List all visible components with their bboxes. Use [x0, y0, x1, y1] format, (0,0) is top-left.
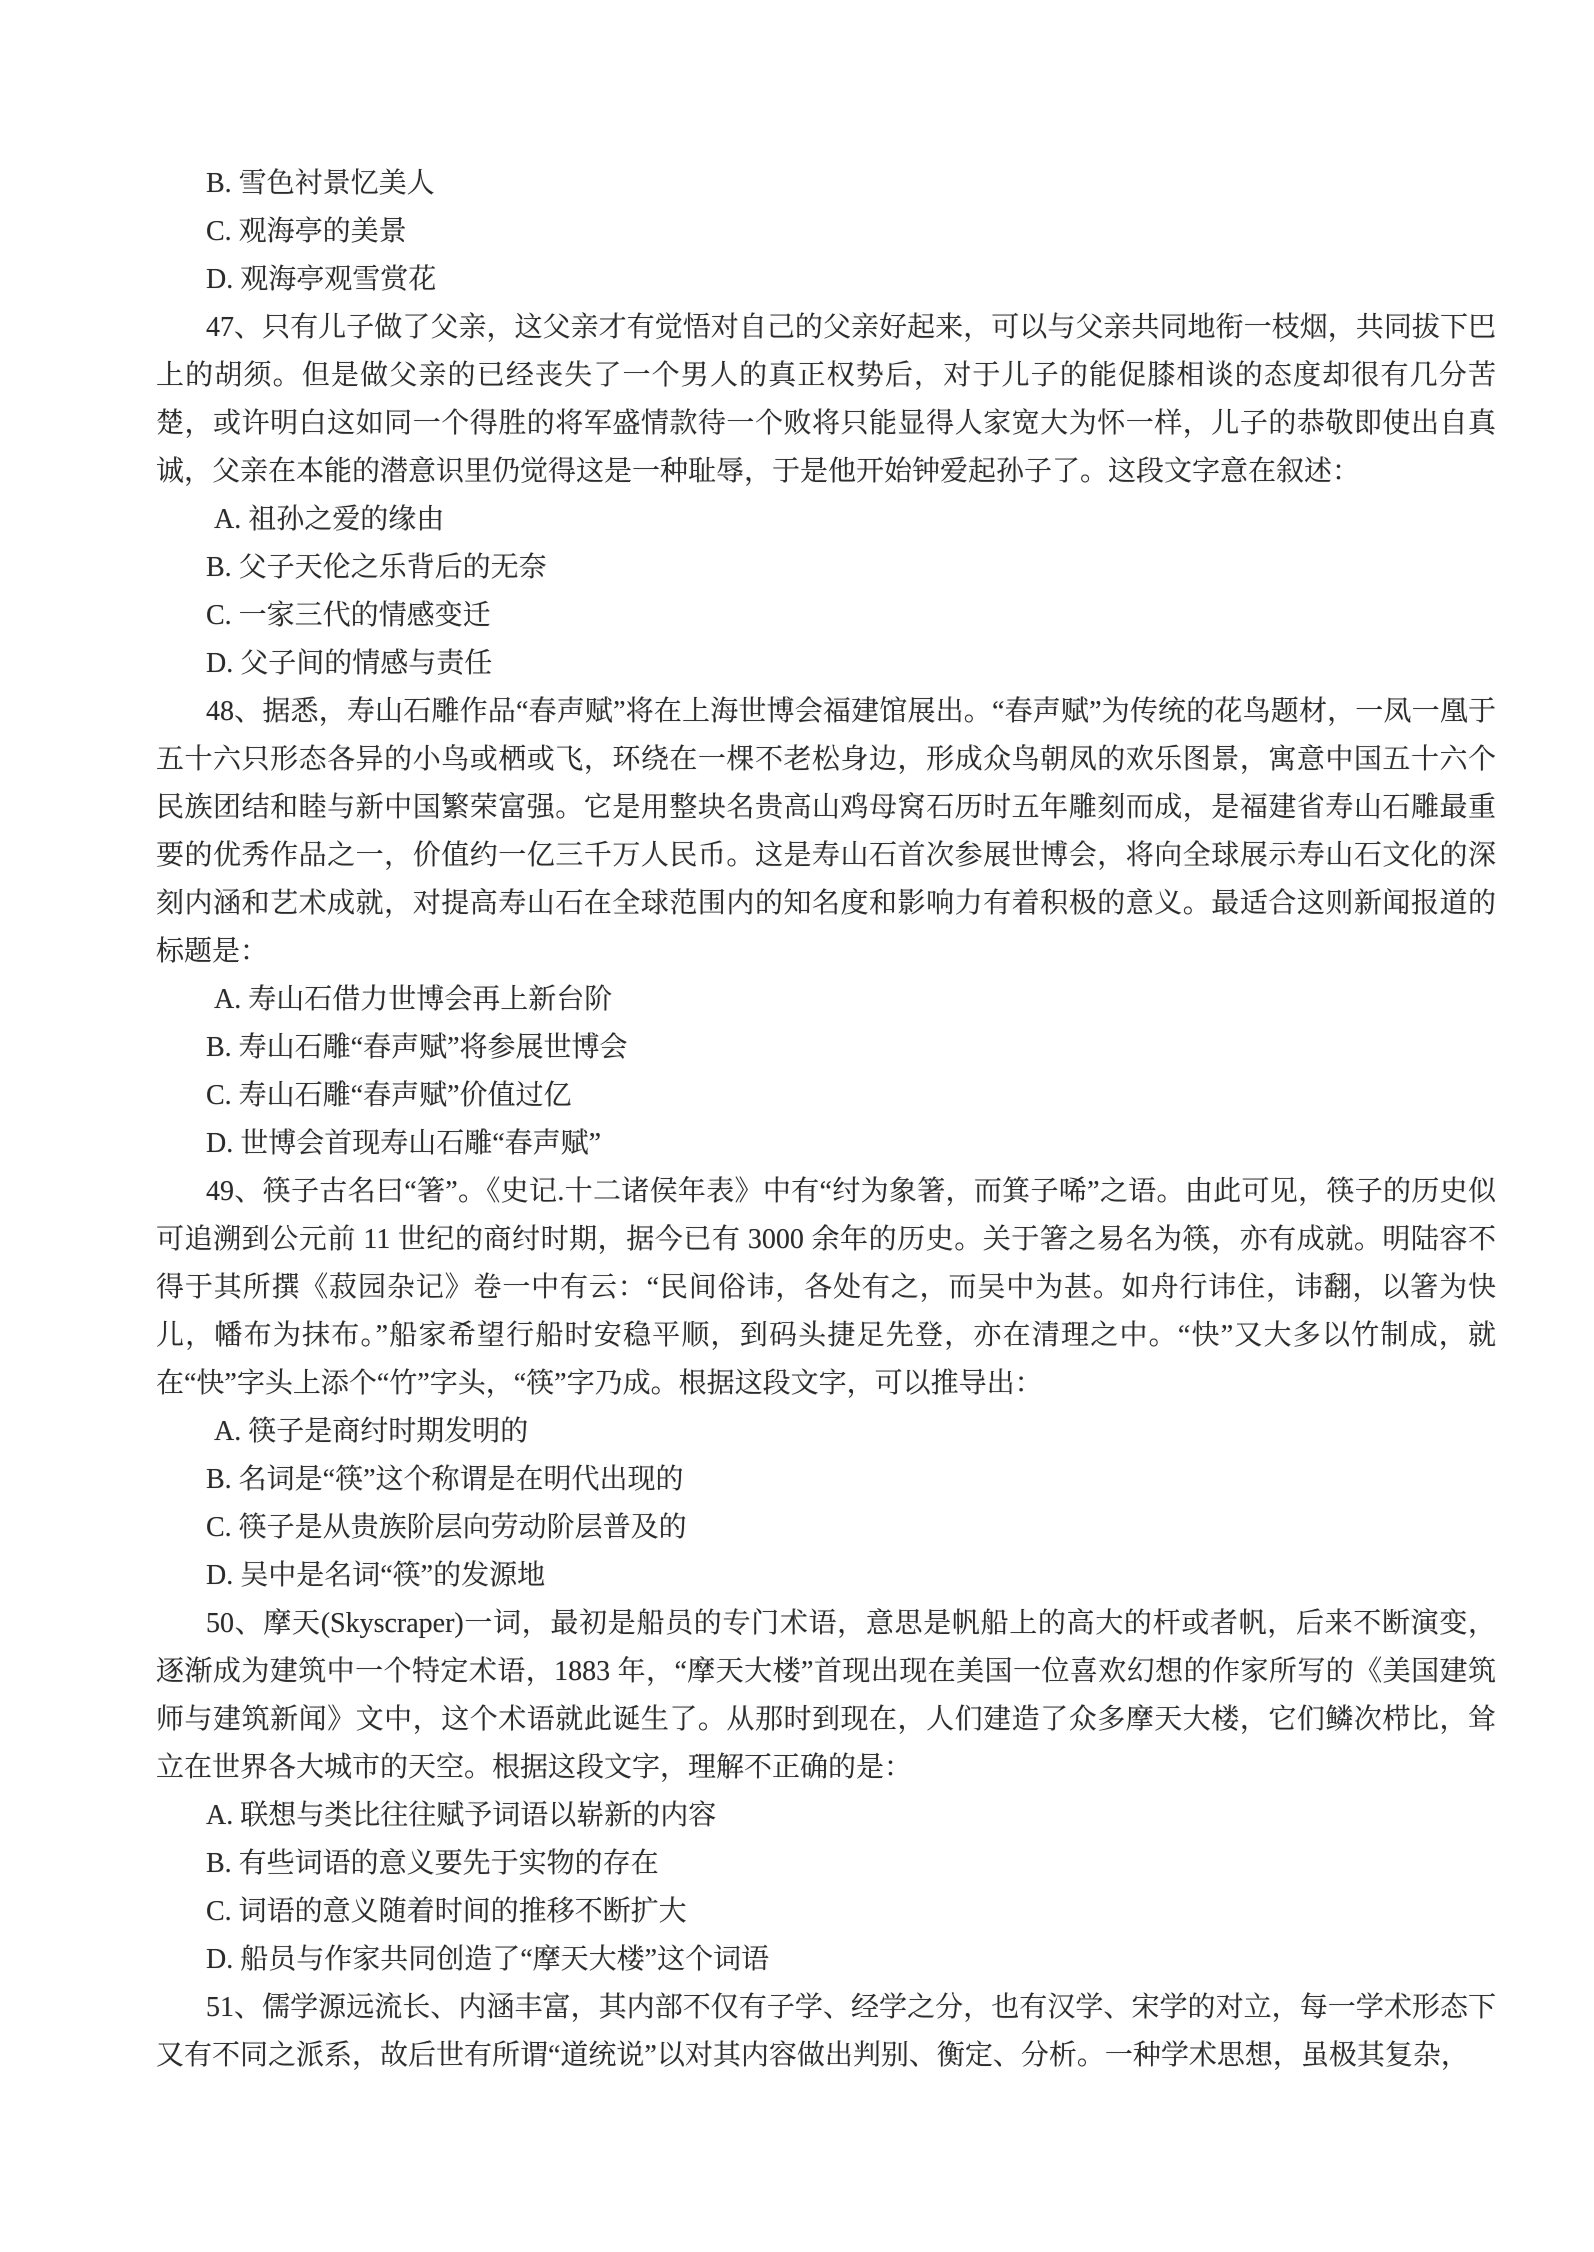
- question-46-option-b: B. 雪色衬景忆美人: [156, 160, 1496, 208]
- question-48-option-a: A. 寿山石借力世博会再上新台阶: [156, 976, 1496, 1024]
- question-48-stem: 48、据悉，寿山石雕作品“春声赋”将在上海世博会福建馆展出。“春声赋”为传统的花…: [156, 688, 1496, 976]
- exam-content: B. 雪色衬景忆美人 C. 观海亭的美景 D. 观海亭观雪赏花 47、只有儿子做…: [156, 160, 1496, 2080]
- question-46-option-d: D. 观海亭观雪赏花: [156, 256, 1496, 304]
- question-49-option-d: D. 吴中是名词“筷”的发源地: [156, 1552, 1496, 1600]
- question-50-option-a: A. 联想与类比往往赋予词语以崭新的内容: [156, 1792, 1496, 1840]
- question-47-option-c: C. 一家三代的情感变迁: [156, 592, 1496, 640]
- question-48-option-d: D. 世博会首现寿山石雕“春声赋”: [156, 1120, 1496, 1168]
- question-50-stem: 50、摩天(Skyscraper)一词，最初是船员的专门术语，意思是帆船上的高大…: [156, 1600, 1496, 1792]
- question-47-option-d: D. 父子间的情感与责任: [156, 640, 1496, 688]
- exam-page: B. 雪色衬景忆美人 C. 观海亭的美景 D. 观海亭观雪赏花 47、只有儿子做…: [0, 0, 1594, 2252]
- question-48-option-b: B. 寿山石雕“春声赋”将参展世博会: [156, 1024, 1496, 1072]
- question-47-option-a: A. 祖孙之爱的缘由: [156, 496, 1496, 544]
- question-49-option-a: A. 筷子是商纣时期发明的: [156, 1408, 1496, 1456]
- question-47-option-b: B. 父子天伦之乐背后的无奈: [156, 544, 1496, 592]
- question-50-option-c: C. 词语的意义随着时间的推移不断扩大: [156, 1888, 1496, 1936]
- question-49-option-c: C. 筷子是从贵族阶层向劳动阶层普及的: [156, 1504, 1496, 1552]
- question-49-option-b: B. 名词是“筷”这个称谓是在明代出现的: [156, 1456, 1496, 1504]
- question-50-option-d: D. 船员与作家共同创造了“摩天大楼”这个词语: [156, 1936, 1496, 1984]
- question-46-option-c: C. 观海亭的美景: [156, 208, 1496, 256]
- question-48-option-c: C. 寿山石雕“春声赋”价值过亿: [156, 1072, 1496, 1120]
- question-49-stem: 49、筷子古名曰“箸”。《史记.十二诸侯年表》中有“纣为象箸，而箕子唏”之语。由…: [156, 1168, 1496, 1408]
- question-51-stem: 51、儒学源远流长、内涵丰富，其内部不仅有子学、经学之分，也有汉学、宋学的对立，…: [156, 1984, 1496, 2080]
- question-50-option-b: B. 有些词语的意义要先于实物的存在: [156, 1840, 1496, 1888]
- question-47-stem: 47、只有儿子做了父亲，这父亲才有觉悟对自己的父亲好起来，可以与父亲共同地衔一枝…: [156, 304, 1496, 496]
